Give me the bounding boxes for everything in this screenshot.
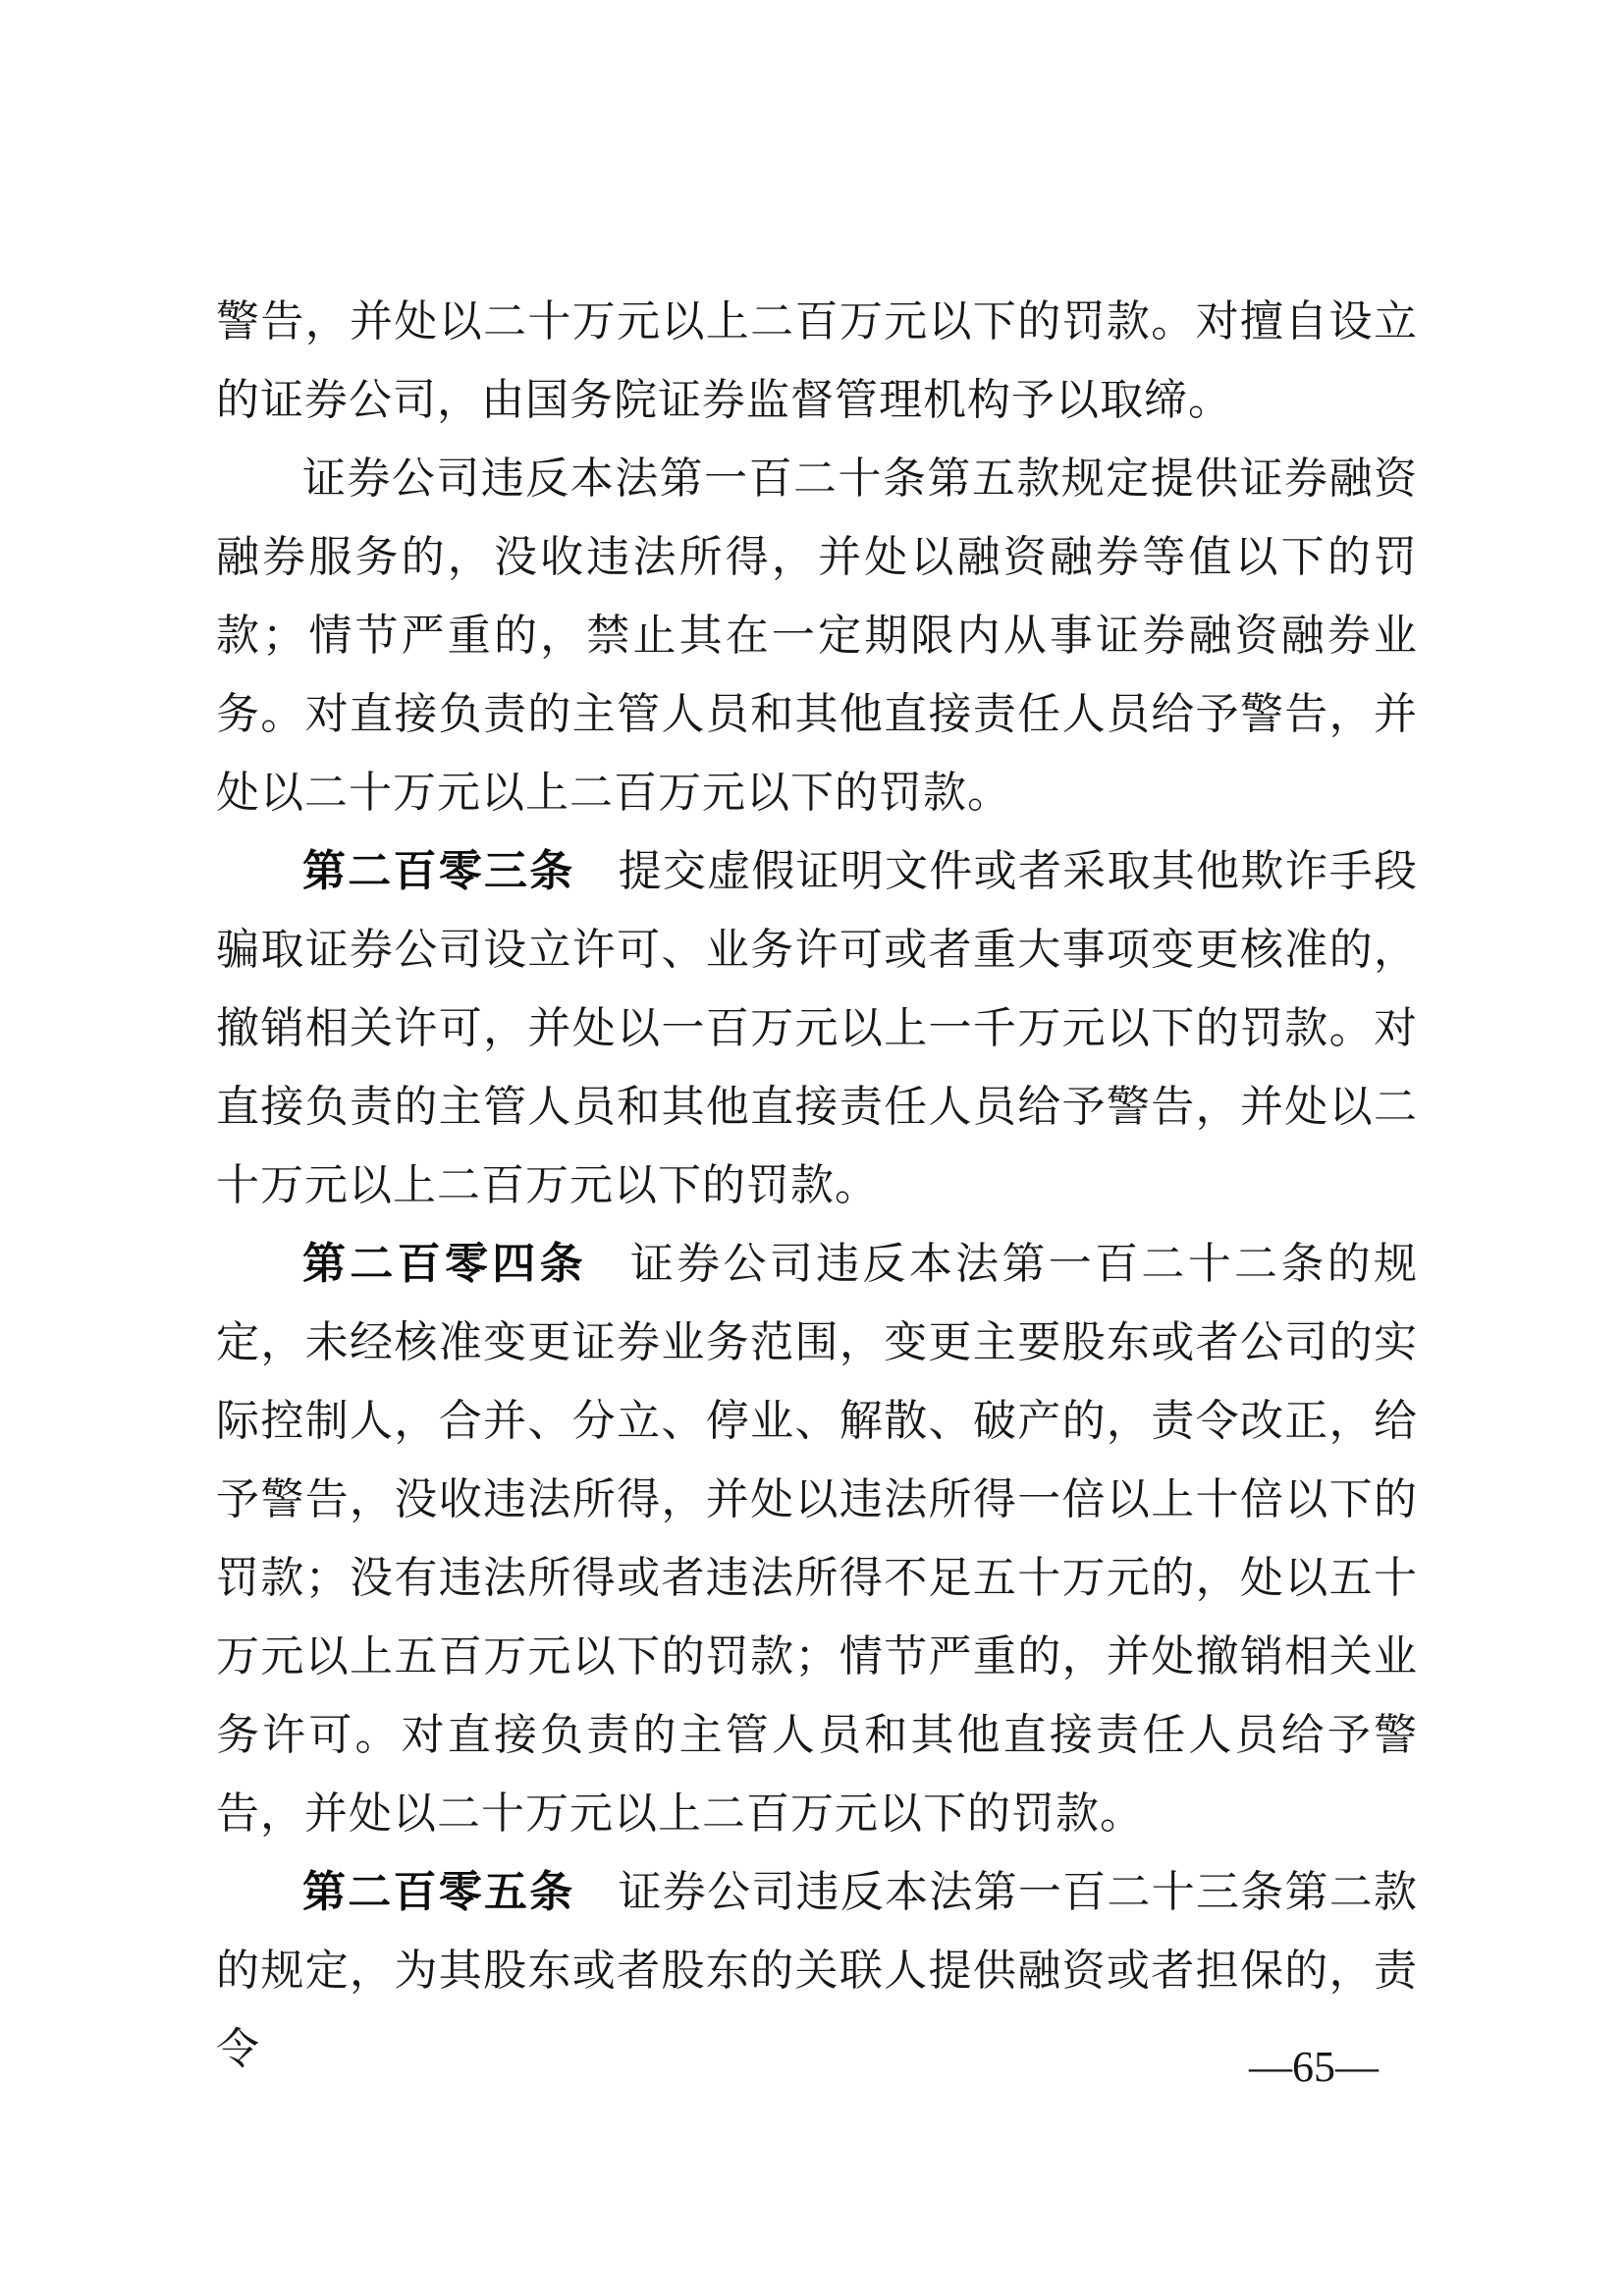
paragraph-text: 证券公司违反本法第一百二十条第五款规定提供证券融资融券服务的，没收违法所得，并处…: [216, 454, 1418, 817]
article-number: 第二百零三条: [302, 847, 575, 895]
paragraph-text: 提交虚假证明文件或者采取其他欺诈手段骗取证券公司设立许可、业务许可或者重大事项变…: [216, 847, 1418, 1209]
article-number: 第二百零五条: [302, 1868, 575, 1916]
article-204: 第二百零四条证券公司违反本法第一百二十二条的规定，未经核准变更证券业务范围，变更…: [216, 1225, 1418, 1853]
article-205: 第二百零五条证券公司违反本法第一百二十三条第二款的规定，为其股东或者股东的关联人…: [216, 1853, 1418, 2089]
article-203: 第二百零三条提交虚假证明文件或者采取其他欺诈手段骗取证券公司设立许可、业务许可或…: [216, 832, 1418, 1225]
paragraph-text: 警告，并处以二十万元以上二百万元以下的罚款。对擅自设立的证券公司，由国务院证券监…: [216, 297, 1418, 424]
paragraph: 证券公司违反本法第一百二十条第五款规定提供证券融资融券服务的，没收违法所得，并处…: [216, 440, 1418, 832]
document-page: 警告，并处以二十万元以上二百万元以下的罚款。对擅自设立的证券公司，由国务院证券监…: [0, 0, 1624, 2296]
paragraph-text: 证券公司违反本法第一百二十二条的规定，未经核准变更证券业务范围，变更主要股东或者…: [216, 1240, 1418, 1838]
article-number: 第二百零四条: [302, 1240, 587, 1288]
document-body: 警告，并处以二十万元以上二百万元以下的罚款。对擅自设立的证券公司，由国务院证券监…: [216, 283, 1418, 2089]
page-number: —65—: [1249, 2040, 1379, 2095]
paragraph-continuation: 警告，并处以二十万元以上二百万元以下的罚款。对擅自设立的证券公司，由国务院证券监…: [216, 283, 1418, 440]
